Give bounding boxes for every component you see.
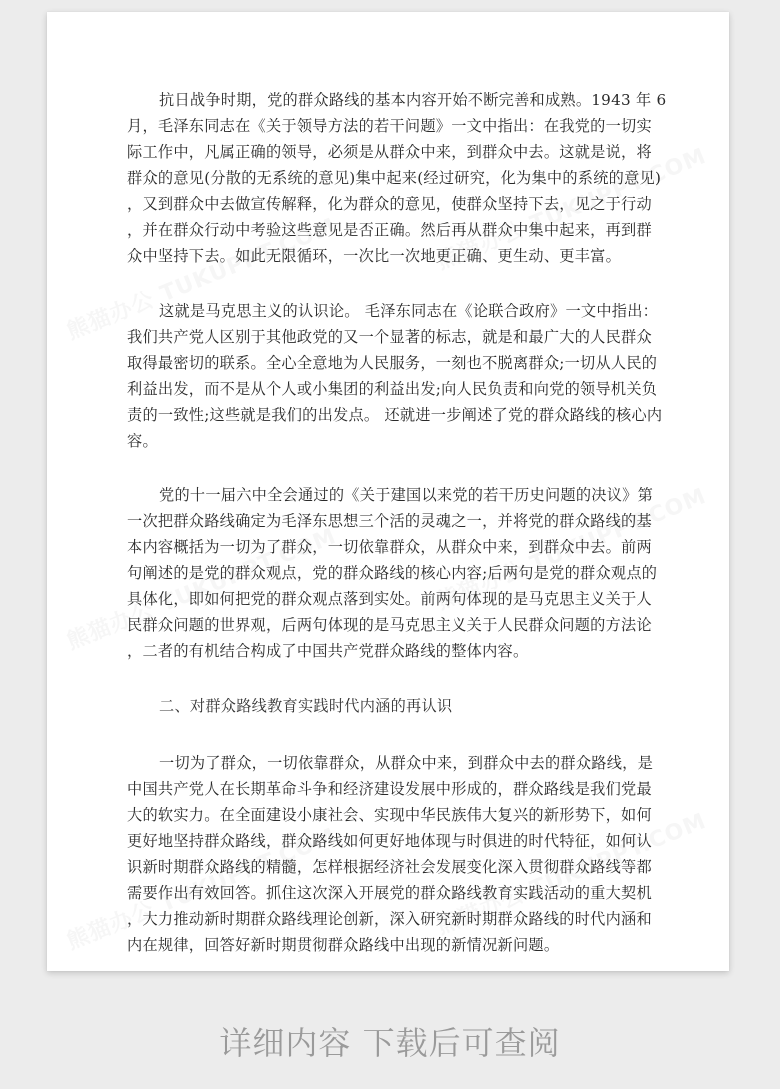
paragraph-line: ，又到群众中去做宣传解释，化为群众的意见，使群众坚持下去，见之于行动 [127, 191, 651, 217]
paragraph-line: 众中坚持下去。如此无限循环，一次比一次地更正确、更生动、更丰富。 [127, 243, 651, 269]
paragraph-line: 民群众问题的世界观，后两句体现的是马克思主义关于人民群众问题的方法论 [127, 612, 651, 638]
paragraph-line: 党的十一届六中全会通过的《关于建国以来党的若干历史问题的决议》第 [159, 482, 651, 508]
document-page: 熊猫办公 TUKUPPT.COM 熊猫办公 TUKUPPT.COM 熊猫办公 T… [47, 12, 729, 971]
paragraph-line: 容。 [127, 428, 651, 454]
paragraph-line: 月，毛泽东同志在《关于领导方法的若干问题》一文中指出：在我党的一切实 [127, 113, 651, 139]
paragraph-line: 群众的意见(分散的无系统的意见)集中起来(经过研究，化为集中的系统的意见) [127, 165, 651, 191]
paragraph-line: 这就是马克思主义的认识论。 毛泽东同志在《论联合政府》一文中指出： [159, 298, 651, 324]
paragraph-line: 取得最密切的联系。全心全意地为人民服务，一刻也不脱离群众;一切从人民的 [127, 350, 651, 376]
paragraph-line: 识新时期群众路线的精髓，怎样根据经济社会发展变化深入贯彻群众路线等都 [127, 854, 651, 880]
paragraph-line: 际工作中，凡属正确的领导，必须是从群众中来，到群众中去。这就是说，将 [127, 139, 651, 165]
paragraph-line: 更好地坚持群众路线，群众路线如何更好地体现与时俱进的时代特征，如何认 [127, 828, 651, 854]
paragraph-line: 本内容概括为一切为了群众，一切依靠群众，从群众中来，到群众中去。前两 [127, 534, 651, 560]
paragraph-line: 利益出发，而不是从个人或小集团的利益出发;向人民负责和向党的领导机关负 [127, 376, 651, 402]
paragraph-line: 一切为了群众，一切依靠群众，从群众中来，到群众中去的群众路线，是 [159, 750, 651, 776]
paragraph-line: 中国共产党人在长期革命斗争和经济建设发展中形成的，群众路线是我们党最 [127, 776, 651, 802]
paragraph-line: 我们共产党人区别于其他政党的又一个显著的标志，就是和最广大的人民群众 [127, 324, 651, 350]
paragraph-line: ，二者的有机结合构成了中国共产党群众路线的整体内容。 [127, 638, 651, 664]
paragraph-line: ，大力推动新时期群众路线理论创新，深入研究新时期群众路线的时代内涵和 [127, 906, 651, 932]
paragraph-line: 抗日战争时期，党的群众路线的基本内容开始不断完善和成熟。1943 年 6 [159, 87, 651, 113]
paragraph-line: 具体化，即如何把党的群众观点落到实处。前两句体现的是马克思主义关于人 [127, 586, 651, 612]
paragraph-line: 内在规律，回答好新时期贯彻群众路线中出现的新情况新问题。 [127, 932, 651, 958]
section-heading: 二、对群众路线教育实践时代内涵的再认识 [159, 693, 651, 719]
paragraph-line: 一次把群众路线确定为毛泽东思想三个活的灵魂之一，并将党的群众路线的基 [127, 508, 651, 534]
paragraph-line: 句阐述的是党的群众观点，党的群众路线的核心内容;后两句是党的群众观点的 [127, 560, 651, 586]
paragraph-line: 需要作出有效回答。抓住这次深入开展党的群众路线教育实践活动的重大契机 [127, 880, 651, 906]
paragraph-line: ，并在群众行动中考验这些意见是否正确。然后再从群众中集中起来，再到群 [127, 217, 651, 243]
download-to-view-notice: 详细内容 下载后可查阅 [0, 1018, 780, 1064]
paragraph-line: 大的软实力。在全面建设小康社会、实现中华民族伟大复兴的新形势下，如何 [127, 802, 651, 828]
paragraph-line: 责的一致性;这些就是我们的出发点。 还就进一步阐述了党的群众路线的核心内 [127, 402, 651, 428]
